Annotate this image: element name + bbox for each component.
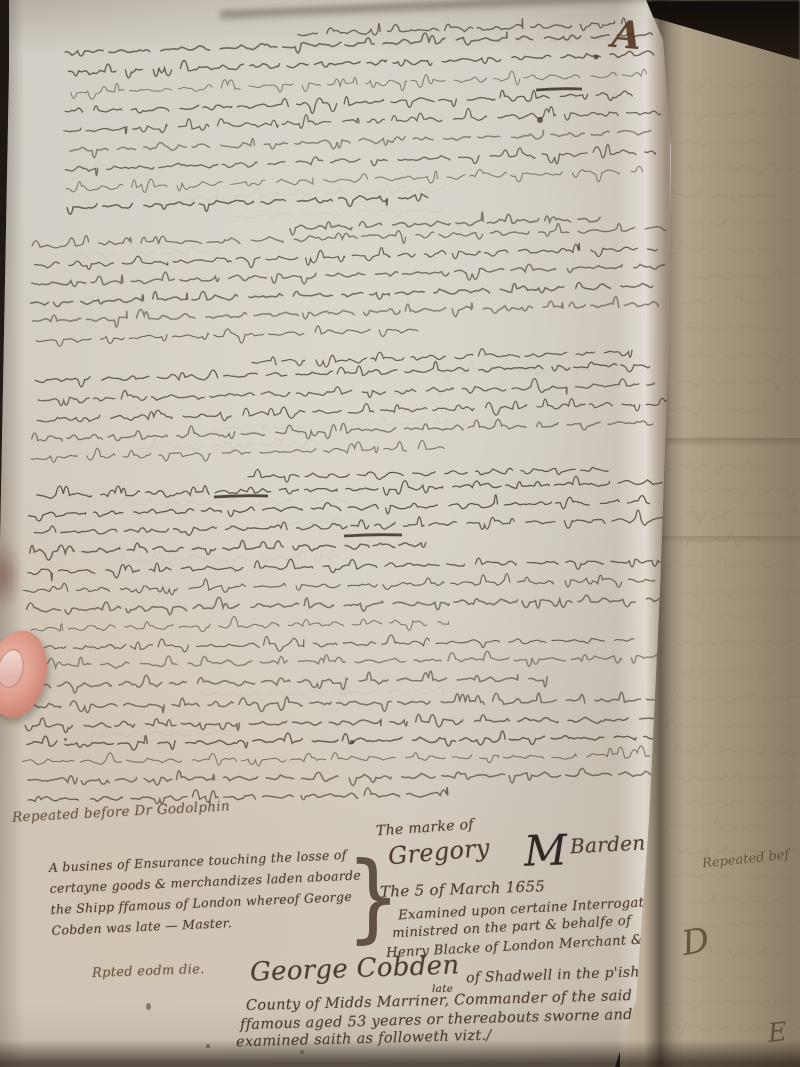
- body-paragraph: [28, 472, 663, 564]
- page-corner-letter: A: [610, 11, 644, 58]
- ink-speck: [64, 738, 67, 741]
- deponent-last-name: Barden /: [569, 830, 659, 859]
- margin-case-note: A busines of Ensurance touching the loss…: [48, 843, 371, 941]
- body-paragraph: [20, 700, 658, 800]
- body-paragraph: [24, 566, 659, 642]
- manuscript-photo: Repeated bef D E A Repeated before Dr Go…: [0, 0, 800, 1067]
- body-paragraph: [60, 26, 660, 226]
- ink-speck: [146, 1003, 151, 1010]
- body-paragraph: [22, 642, 657, 700]
- photo-bottom-shadow: [0, 1040, 800, 1067]
- body-paragraph: [32, 356, 662, 468]
- body-paragraph: [30, 222, 665, 352]
- gregory-barden-mark: M: [523, 825, 566, 875]
